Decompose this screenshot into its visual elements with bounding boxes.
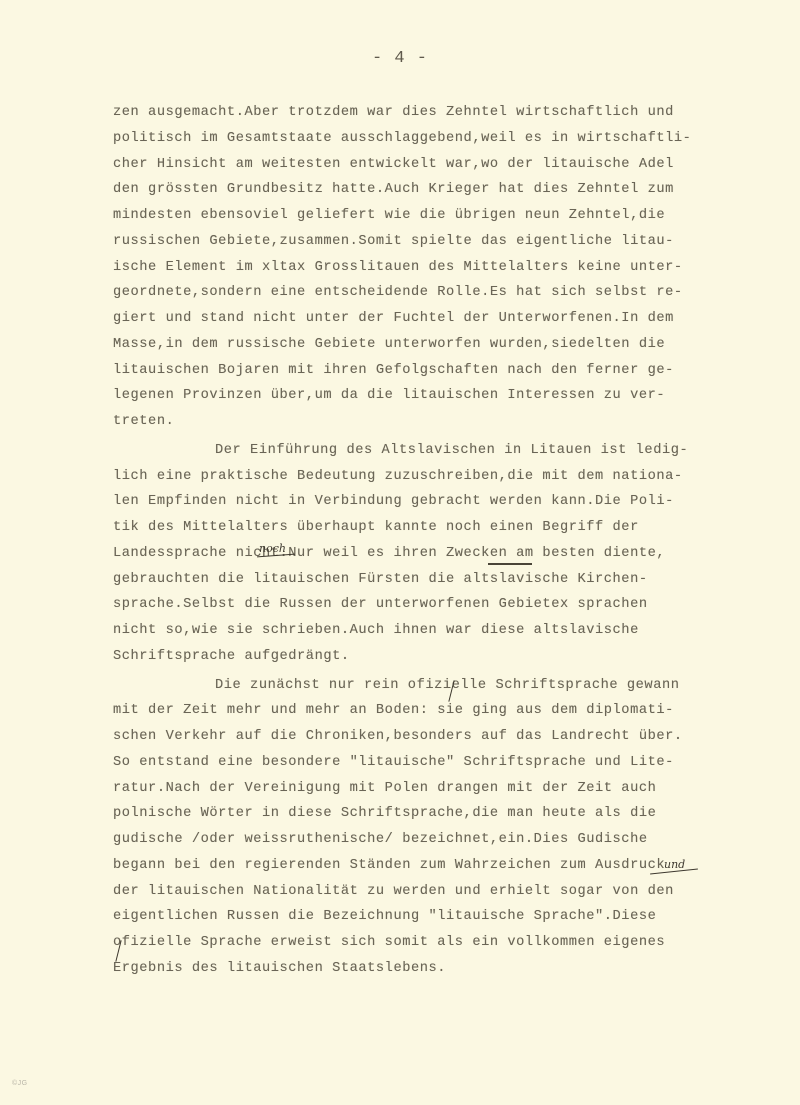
text-line: geordnete,sondern eine entscheidende Rol… [113,280,800,306]
paragraph-3: Die zunächst nur rein ofizielle Schrifts… [113,673,800,982]
text-line: der litauischen Nationalität zu werden u… [113,879,800,905]
text-line: gebrauchten die litauischen Fürsten die … [113,567,800,593]
page-number: - 4 - [0,49,800,68]
text-line: litauischen Bojaren mit ihren Gefolgscha… [113,358,800,384]
text-line: eigentlichen Russen die Bezeichnung "lit… [113,904,800,930]
text-line: mit der Zeit mehr und mehr an Boden: sie… [113,698,800,724]
paragraph-2: Der Einführung des Altslavischen in Lita… [113,438,800,670]
text-line: politisch im Gesamtstaate ausschlaggeben… [113,126,800,152]
text-line: begann bei den regierenden Ständen zum W… [113,853,800,879]
document-body: zen ausgemacht.Aber trotzdem war dies Ze… [113,100,800,982]
text-line: treten. [113,409,800,435]
text-line: Masse,in dem russische Gebiete unterworf… [113,332,800,358]
text-line: mindesten ebensoviel geliefert wie die ü… [113,203,800,229]
paragraph-1: zen ausgemacht.Aber trotzdem war dies Ze… [113,100,800,435]
text-line: giert und stand nicht unter der Fuchtel … [113,306,800,332]
text-line: sprache.Selbst die Russen der unterworfe… [113,592,800,618]
text-line: Ergebnis des litauischen Staatslebens. [113,956,800,982]
text-line: polnische Wörter in diese Schriftsprache… [113,801,800,827]
archive-watermark: ©JG [12,1080,28,1087]
text-line: tik des Mittelalters überhaupt kannte no… [113,515,800,541]
text-line: Die zunächst nur rein ofizielle Schrifts… [113,673,800,699]
text-line: zen ausgemacht.Aber trotzdem war dies Ze… [113,100,800,126]
text-line: legenen Provinzen über,um da die litauis… [113,383,800,409]
text-line: gudische /oder weissruthenische/ bezeich… [113,827,800,853]
text-line: So entstand eine besondere "litauische" … [113,750,800,776]
text-line: Der Einführung des Altslavischen in Lita… [113,438,800,464]
text-line: den grössten Grundbesitz hatte.Auch Krie… [113,177,800,203]
text-line: ratur.Nach der Vereinigung mit Polen dra… [113,776,800,802]
text-line: cher Hinsicht am weitesten entwickelt wa… [113,152,800,178]
text-line: nicht so,wie sie schrieben.Auch ihnen wa… [113,618,800,644]
text-line: lich eine praktische Bedeutung zuzuschre… [113,464,800,490]
text-line: Schriftsprache aufgedrängt. [113,644,800,670]
strikethrough-mark [488,563,532,565]
text-line: russischen Gebiete,zusammen.Somit spielt… [113,229,800,255]
handwritten-insert-noch: noch [259,542,286,555]
text-line: Landessprache nicht.Nur weil es ihren Zw… [113,541,800,567]
text-line: len Empfinden nicht in Verbindung gebrac… [113,489,800,515]
handwritten-insert-und: und [664,858,685,871]
text-line: ische Element im xltax Grosslitauen des … [113,255,800,281]
text-line: schen Verkehr auf die Chroniken,besonder… [113,724,800,750]
text-line: ofizielle Sprache erweist sich somit als… [113,930,800,956]
